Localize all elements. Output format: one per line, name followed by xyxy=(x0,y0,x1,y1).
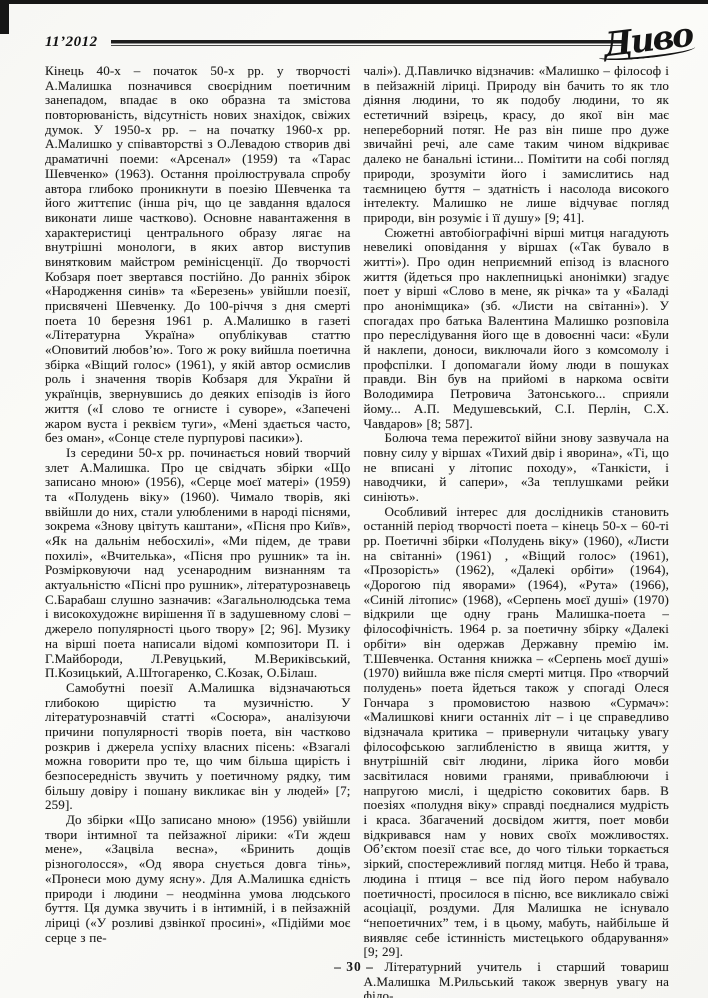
paragraph: Із середини 50-х рр. починається новий т… xyxy=(45,446,351,681)
journal-page-scan: 11’2012 Диво Кінець 40-х – початок 50-х … xyxy=(0,0,708,998)
header-rule xyxy=(111,40,626,46)
article-body: Кінець 40-х – початок 50-х рр. у творчос… xyxy=(45,64,669,998)
page-number: – 30 – xyxy=(334,959,374,974)
paragraph: Болюча тема пережитої війни знову зазвуч… xyxy=(364,431,670,504)
paragraph: Особливий інтерес для дослідників станов… xyxy=(364,505,670,960)
header-rule-thick-line xyxy=(111,40,626,43)
paragraph: Кінець 40-х – початок 50-х рр. у творчос… xyxy=(45,64,351,446)
page-footer: – 30 – xyxy=(0,958,708,976)
scan-edge-left xyxy=(0,0,9,34)
journal-logo: Диво xyxy=(601,15,694,65)
right-column: чалі»). Д.Павличко відзначив: «Малишко –… xyxy=(364,64,670,998)
paragraph: До збірки «Що записано мною» (1956) увій… xyxy=(45,813,351,945)
issue-number: 11’2012 xyxy=(45,34,98,51)
paragraph: Сюжетні автобіографічні вірші митця нага… xyxy=(364,226,670,432)
paragraph: чалі»). Д.Павличко відзначив: «Малишко –… xyxy=(364,64,670,226)
header-rule-thin-line xyxy=(111,45,626,46)
paragraph: Самобутні поезії А.Малишка відзначаються… xyxy=(45,681,351,813)
scan-edge-top xyxy=(0,0,708,4)
left-column: Кінець 40-х – початок 50-х рр. у творчос… xyxy=(45,64,351,998)
